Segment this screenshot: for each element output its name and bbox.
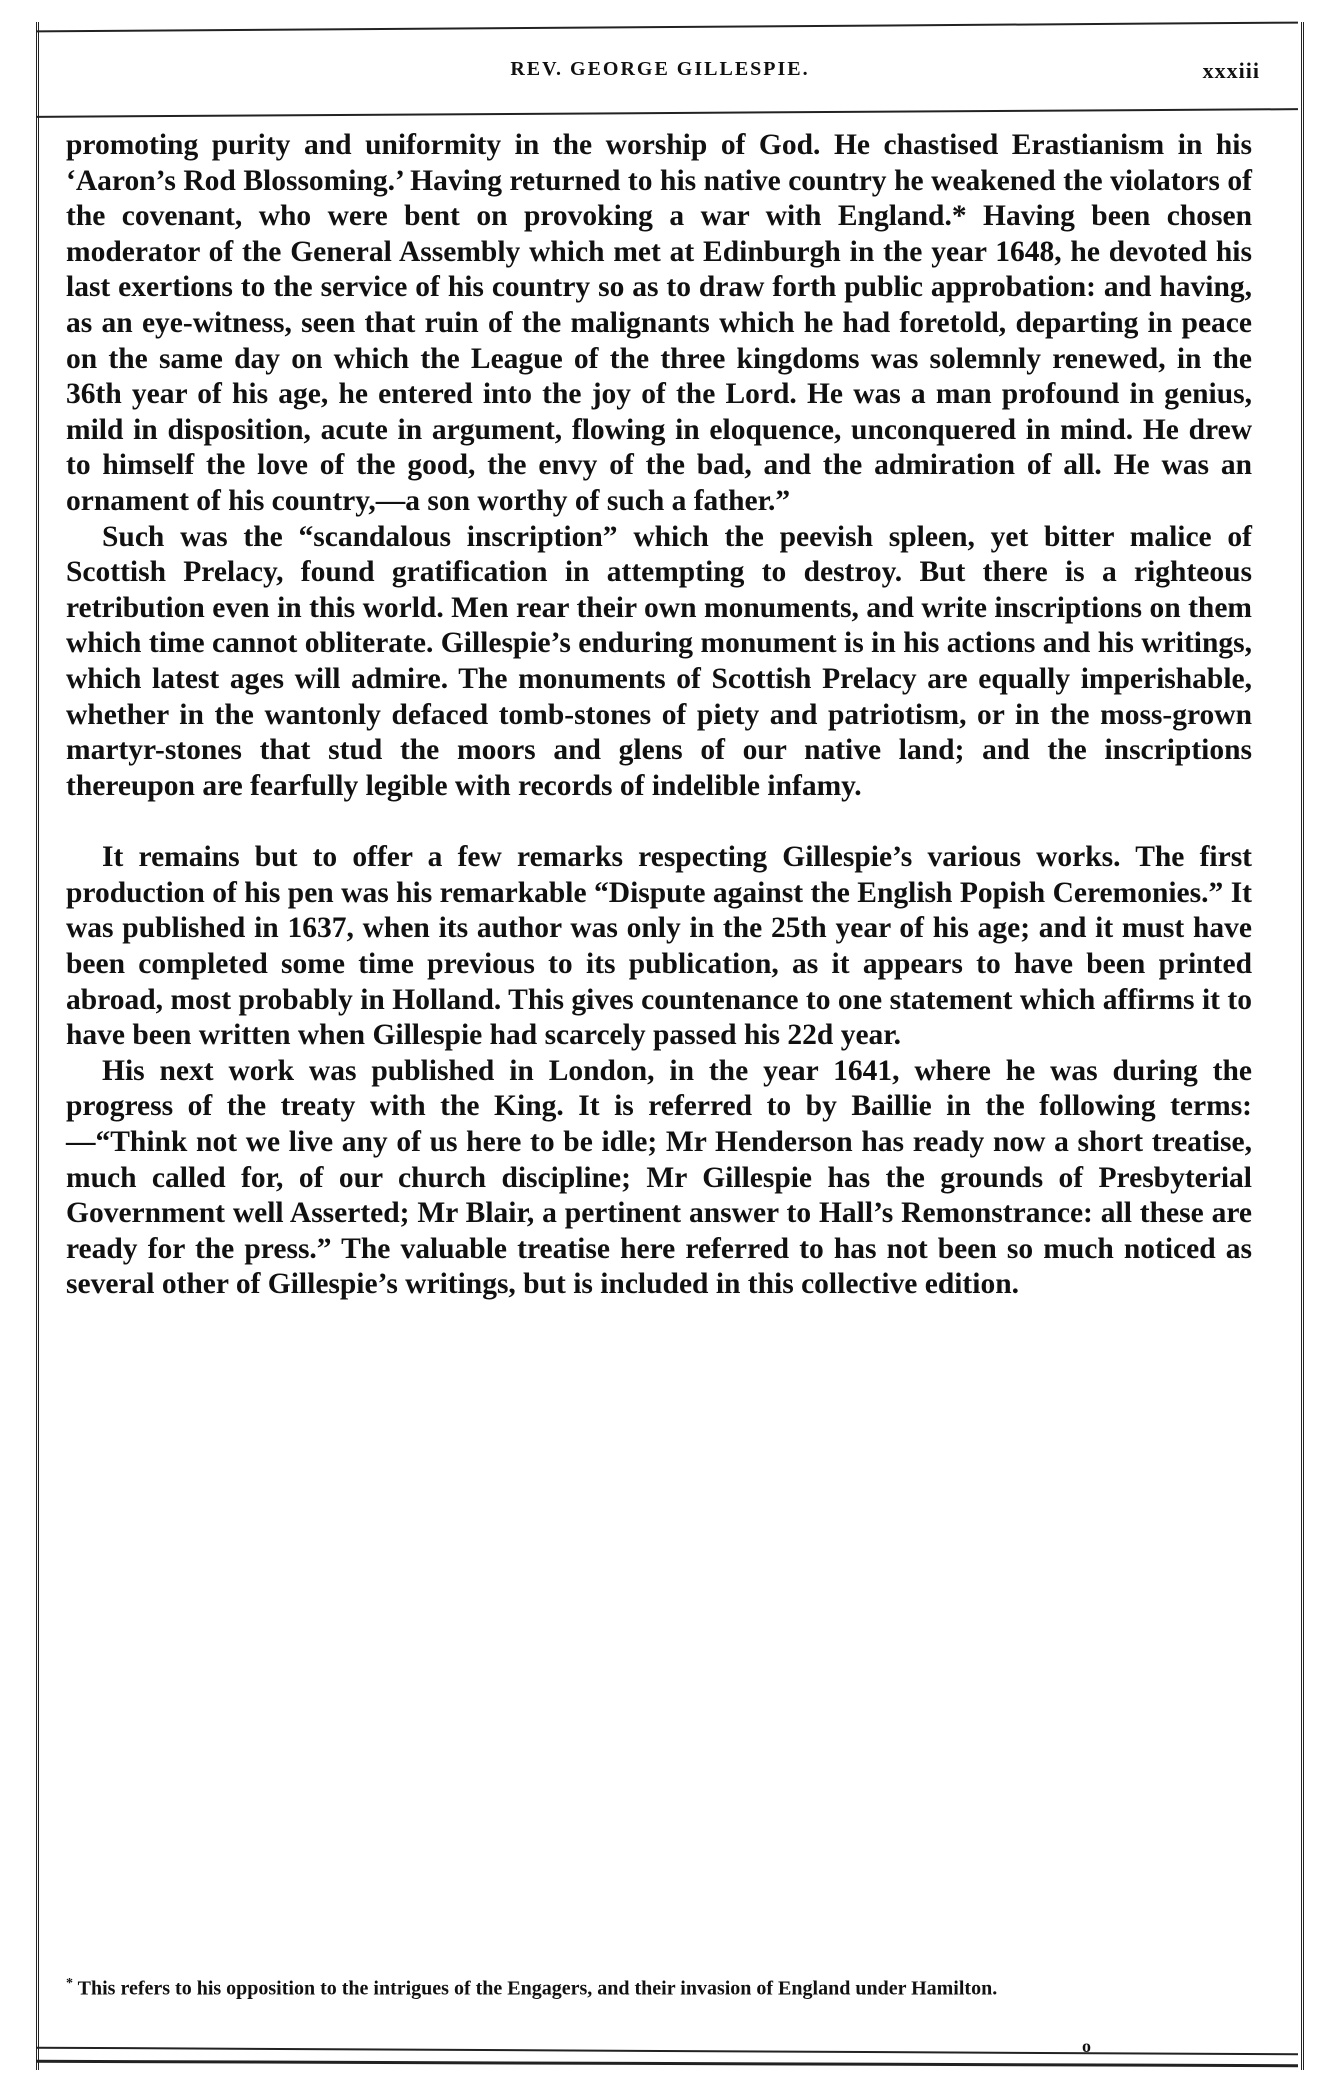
paragraph: Such was the “scandalous inscription” wh… bbox=[66, 520, 1252, 805]
footnote-mark: * bbox=[66, 1976, 73, 1991]
footnote: * This refers to his opposition to the i… bbox=[66, 1972, 1252, 2001]
paragraph: promoting purity and uniformity in the w… bbox=[66, 128, 1252, 520]
signature-mark: o bbox=[1082, 2036, 1091, 2057]
footnote-text: This refers to his opposition to the int… bbox=[78, 1978, 998, 2000]
paragraph: His next work was published in London, i… bbox=[66, 1054, 1252, 1303]
running-header: REV. GEORGE GILLESPIE. xxxiii bbox=[60, 58, 1260, 98]
page-number: xxxiii bbox=[1203, 58, 1260, 84]
body-text: promoting purity and uniformity in the w… bbox=[66, 128, 1252, 1303]
running-title: REV. GEORGE GILLESPIE. bbox=[60, 58, 1260, 81]
paragraph: It remains but to offer a few remarks re… bbox=[66, 840, 1252, 1054]
